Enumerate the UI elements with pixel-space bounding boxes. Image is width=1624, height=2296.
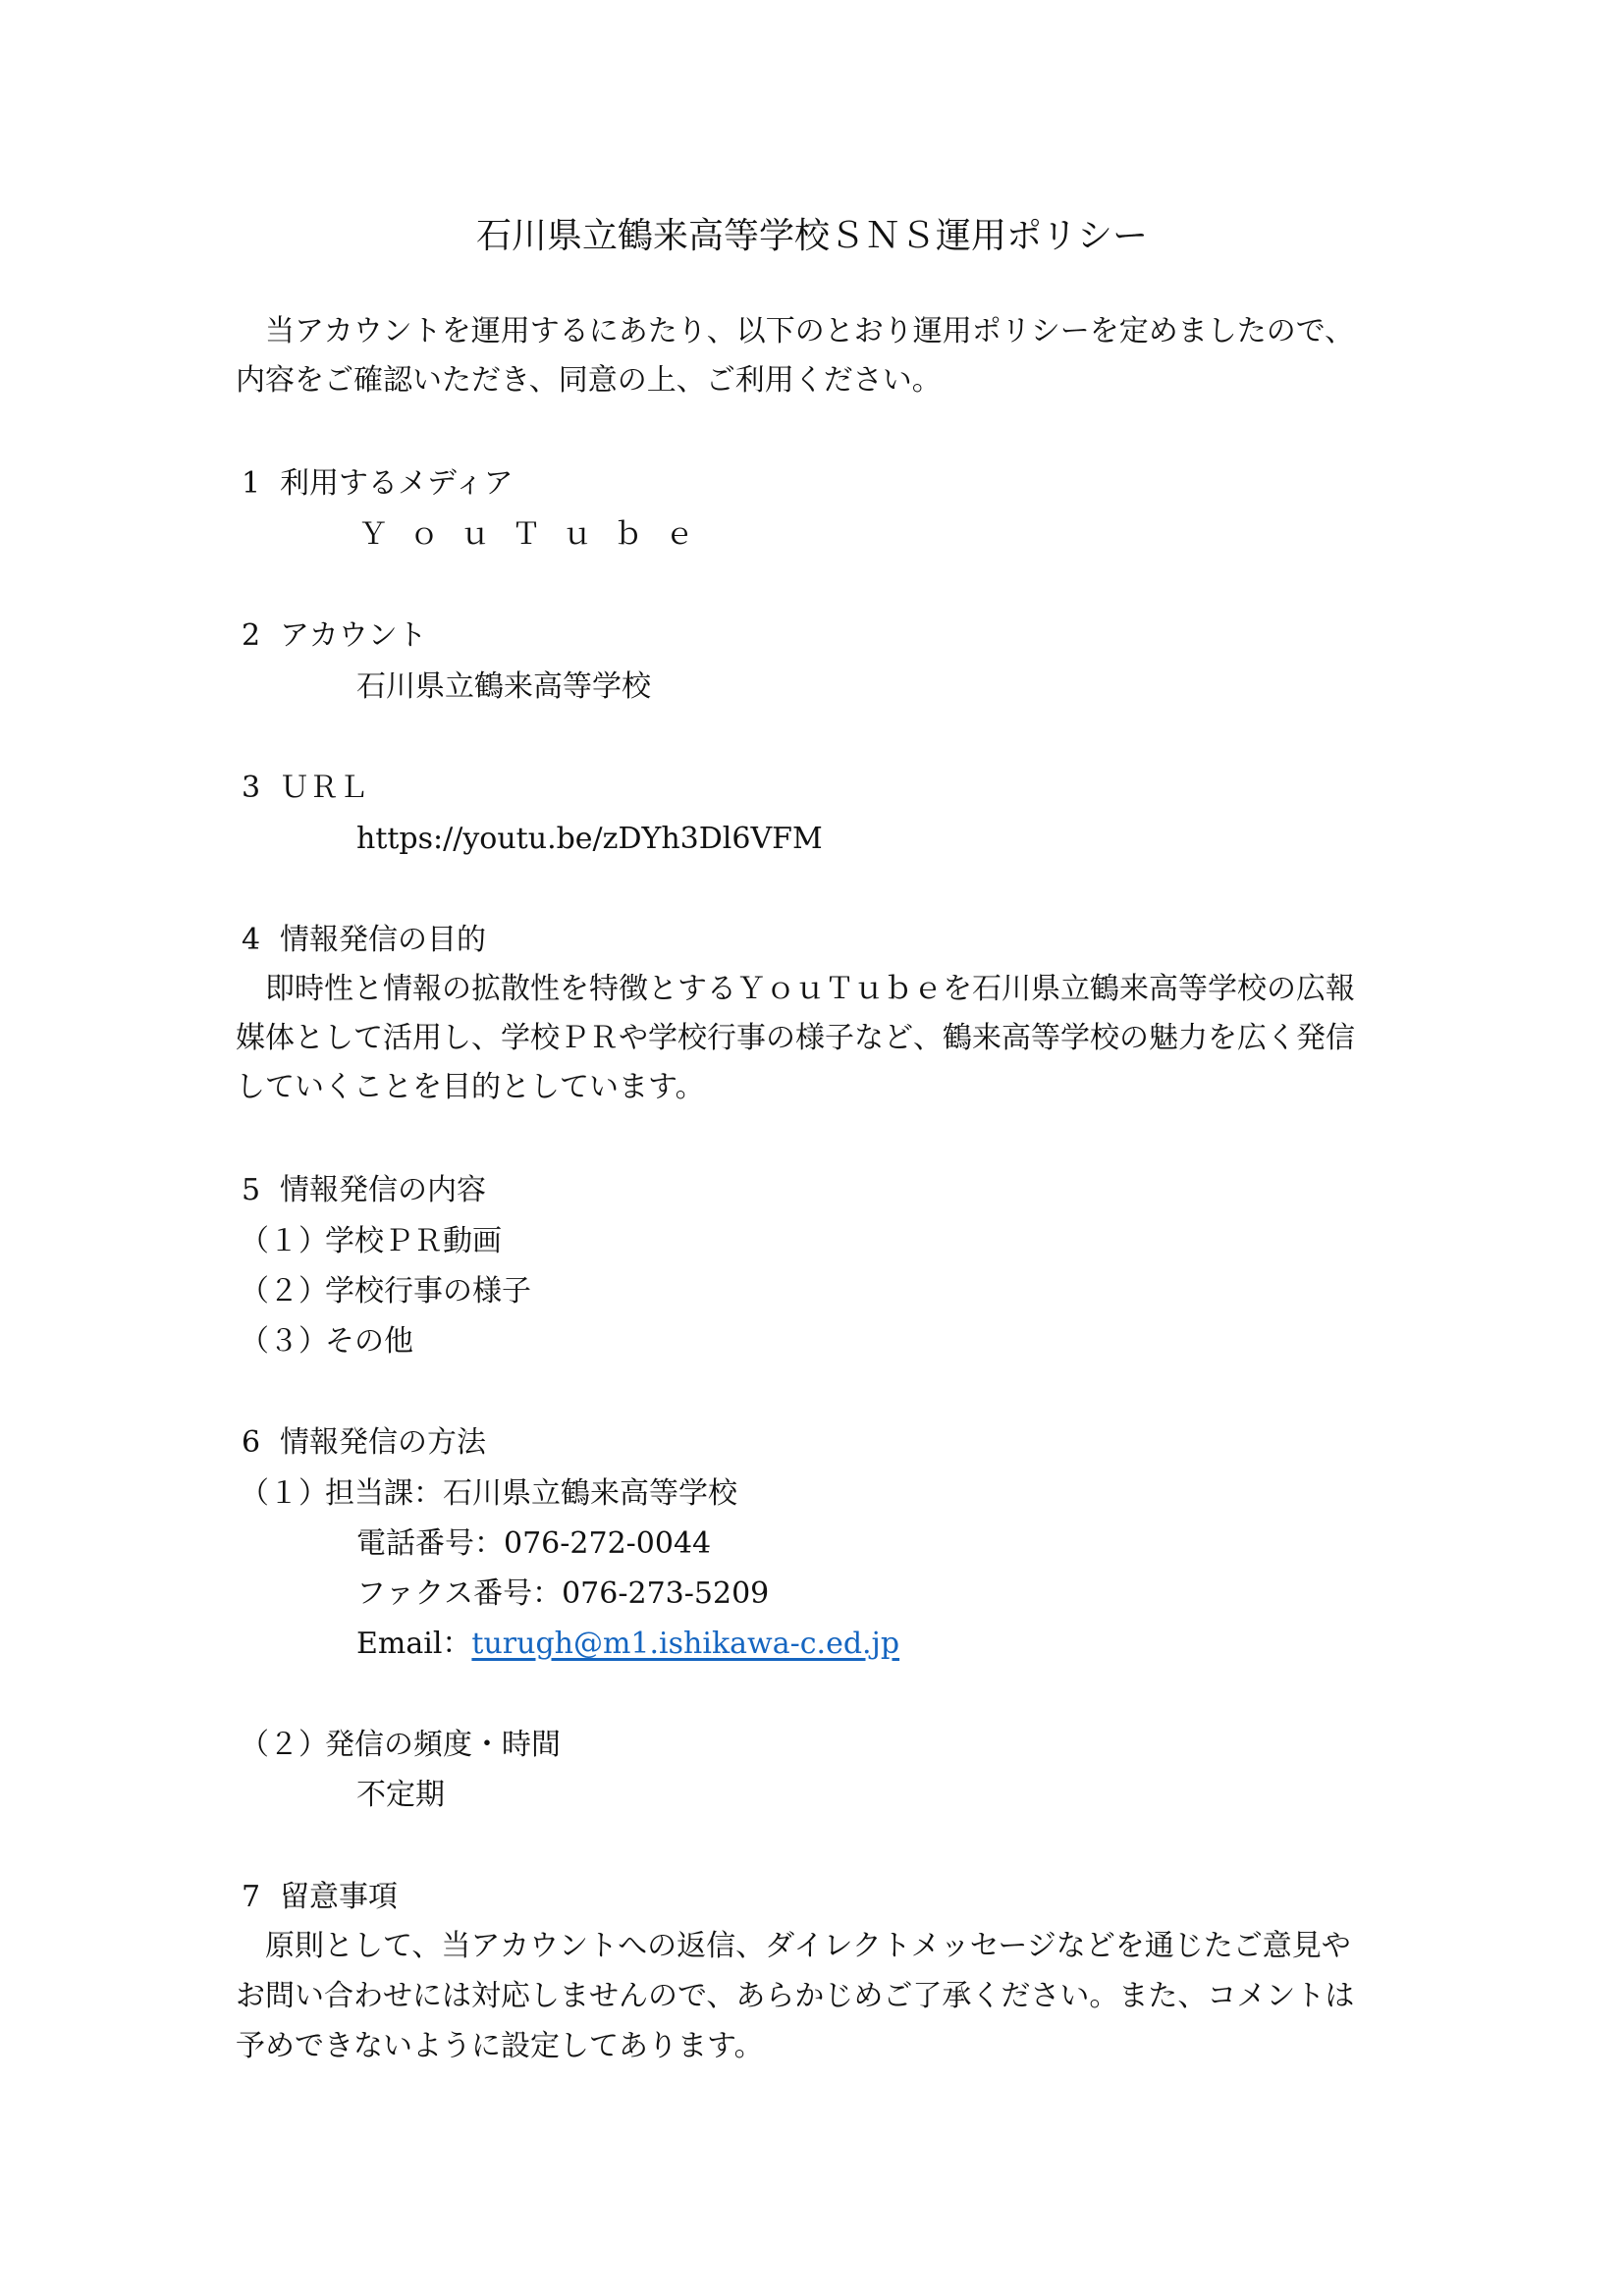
section-5-heading: 情報発信の内容: [280, 1176, 486, 1205]
section-4-line-1: 即時性と情報の拡散性を特徴とするＹｏｕＴｕｂｅを石川県立鶴来高等学校の広報: [236, 975, 1355, 1004]
section-6-heading: 情報発信の方法: [280, 1428, 486, 1458]
section-2-number: 2: [242, 621, 260, 651]
section-6-fax: ファクス番号：076-273-5209: [356, 1579, 769, 1609]
section-7-number: 7: [242, 1883, 260, 1912]
section-7-line-3: 予めできないように設定してあります。: [236, 2032, 764, 2061]
section-6-item-1-label: （１）: [240, 1479, 328, 1509]
section-5-item-1-text: 学校ＰＲ動画: [325, 1227, 502, 1256]
section-1-heading: 利用するメディア: [280, 469, 514, 499]
section-6-frequency-value: 不定期: [356, 1781, 445, 1810]
section-7-line-1: 原則として、当アカウントへの返信、ダイレクトメッセージなどを通じたご意見や: [236, 1932, 1351, 1961]
section-5-item-3-label: （３）: [240, 1327, 328, 1357]
section-6-item-2-text: 発信の頻度・時間: [325, 1731, 561, 1760]
section-4-line-2: 媒体として活用し、学校ＰＲや学校行事の様子など、鶴来高等学校の魅力を広く発信: [236, 1024, 1355, 1053]
section-5-item-2-label: （２）: [240, 1277, 328, 1307]
section-5-item-3-text: その他: [325, 1327, 413, 1357]
section-4-line-3: していくことを目的としています。: [236, 1073, 705, 1102]
section-6-item-2-label: （２）: [240, 1731, 328, 1760]
section-2-value: 石川県立鶴来高等学校: [356, 672, 651, 702]
section-6-email-row: Email：turugh@m1.ishikawa-c.ed.jp: [356, 1629, 899, 1659]
document-title: 石川県立鶴来高等学校ＳＮＳ運用ポリシー: [0, 208, 1624, 258]
intro-line-2: 内容をご確認いただき、同意の上、ご利用ください。: [236, 366, 942, 396]
section-4-heading: 情報発信の目的: [280, 926, 486, 955]
section-1-value: ＹｏｕＴｕｂｅ: [358, 520, 716, 550]
section-1-number: 1: [242, 469, 260, 499]
email-link[interactable]: turugh@m1.ishikawa-c.ed.jp: [471, 1627, 899, 1661]
section-7-line-2: お問い合わせには対応しませんので、あらかじめご了承ください。また、コメントは: [236, 1982, 1354, 2011]
section-2-heading: アカウント: [280, 621, 427, 651]
section-3-url[interactable]: https://youtu.be/zDYh3Dl6VFM: [356, 825, 823, 854]
section-6-number: 6: [242, 1428, 260, 1458]
section-6-phone: 電話番号：076-272-0044: [356, 1529, 711, 1559]
section-5-number: 5: [242, 1176, 260, 1205]
intro-line-1: 当アカウントを運用するにあたり、以下のとおり運用ポリシーを定めましたので、: [236, 317, 1354, 347]
section-3-heading: ＵＲＬ: [280, 774, 368, 803]
section-6-email-label: Email：: [356, 1627, 471, 1661]
section-3-number: 3: [242, 774, 260, 803]
section-5-item-2-text: 学校行事の様子: [325, 1277, 531, 1307]
section-4-number: 4: [242, 926, 260, 955]
section-7-heading: 留意事項: [280, 1883, 398, 1912]
section-5-item-1-label: （１）: [240, 1227, 328, 1256]
document-page: 石川県立鶴来高等学校ＳＮＳ運用ポリシー 当アカウントを運用するにあたり、以下のと…: [0, 0, 1624, 2296]
section-6-item-1-department: 担当課：石川県立鶴来高等学校: [325, 1479, 737, 1509]
